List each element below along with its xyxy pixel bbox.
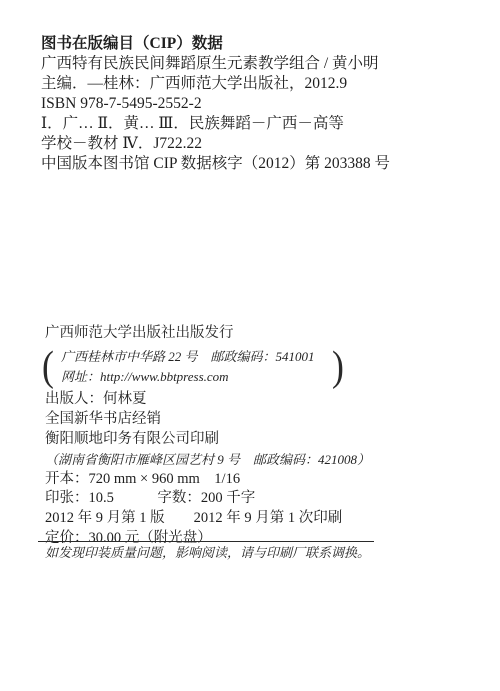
edition-line: 2012 年 9 月第 1 版 2012 年 9 月第 1 次印刷: [45, 509, 480, 529]
publisher-website: 网址：http://www.bbtpress.com: [61, 367, 315, 387]
quality-note-section: 如发现印装质量问题，影响阅读，请与印刷厂联系调换。: [38, 541, 374, 561]
printer-line: 衡阳顺地印务有限公司印刷: [45, 430, 480, 450]
cip-section: 图书在版编目（CIP）数据 广西特有民族民间舞蹈原生元素教学组合 / 黄小明 主…: [41, 34, 472, 174]
open-parenthesis: (: [42, 346, 54, 388]
cip-heading: 图书在版编目（CIP）数据: [41, 34, 472, 54]
cip-classification-line2: 学校－教材 Ⅳ．J722.22: [41, 134, 472, 154]
sheets-words-line: 印张：10.5 字数：200 千字: [45, 489, 480, 509]
printer-address: （湖南省衡阳市雁峰区园艺村 9 号 邮政编码：421008）: [45, 450, 480, 470]
distribution-line: 全国新华书店经销: [45, 410, 480, 430]
cip-entry-publisher-date: 主编．—桂林：广西师范大学出版社，2012.9: [41, 74, 472, 94]
close-parenthesis: ): [332, 346, 344, 388]
format-line: 开本：720 mm × 960 mm 1/16: [45, 470, 480, 490]
cip-entry-title-author: 广西特有民族民间舞蹈原生元素教学组合 / 黄小明: [41, 54, 472, 74]
publisher-address-group: ( 广西桂林市中华路 22 号 邮政编码：541001 网址：http://ww…: [41, 344, 480, 390]
publisher-contact-lines: 广西桂林市中华路 22 号 邮政编码：541001 网址：http://www.…: [61, 347, 315, 387]
publisher-line: 广西师范大学出版社出版发行: [45, 324, 480, 344]
copyright-page: 图书在版编目（CIP）数据 广西特有民族民间舞蹈原生元素教学组合 / 黄小明 主…: [0, 0, 500, 691]
cip-record-number: 中国版本图书馆 CIP 数据核字（2012）第 203388 号: [41, 154, 472, 174]
cip-classification-line1: Ⅰ．广… Ⅱ．黄… Ⅲ．民族舞蹈－广西－高等: [41, 114, 472, 134]
issuer-line: 出版人：何林夏: [45, 390, 480, 410]
publisher-address: 广西桂林市中华路 22 号 邮政编码：541001: [61, 347, 315, 367]
publication-section: 广西师范大学出版社出版发行 ( 广西桂林市中华路 22 号 邮政编码：54100…: [45, 324, 480, 549]
isbn-number: ISBN 978-7-5495-2552-2: [41, 94, 472, 114]
quality-note: 如发现印装质量问题，影响阅读，请与印刷厂联系调换。: [45, 544, 374, 561]
